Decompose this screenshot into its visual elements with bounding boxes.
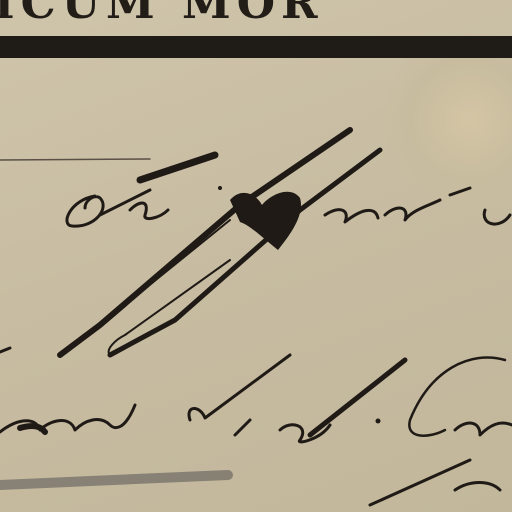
handwriting-strokes <box>0 0 512 512</box>
document-photo: ICUM MOR <box>0 0 512 512</box>
